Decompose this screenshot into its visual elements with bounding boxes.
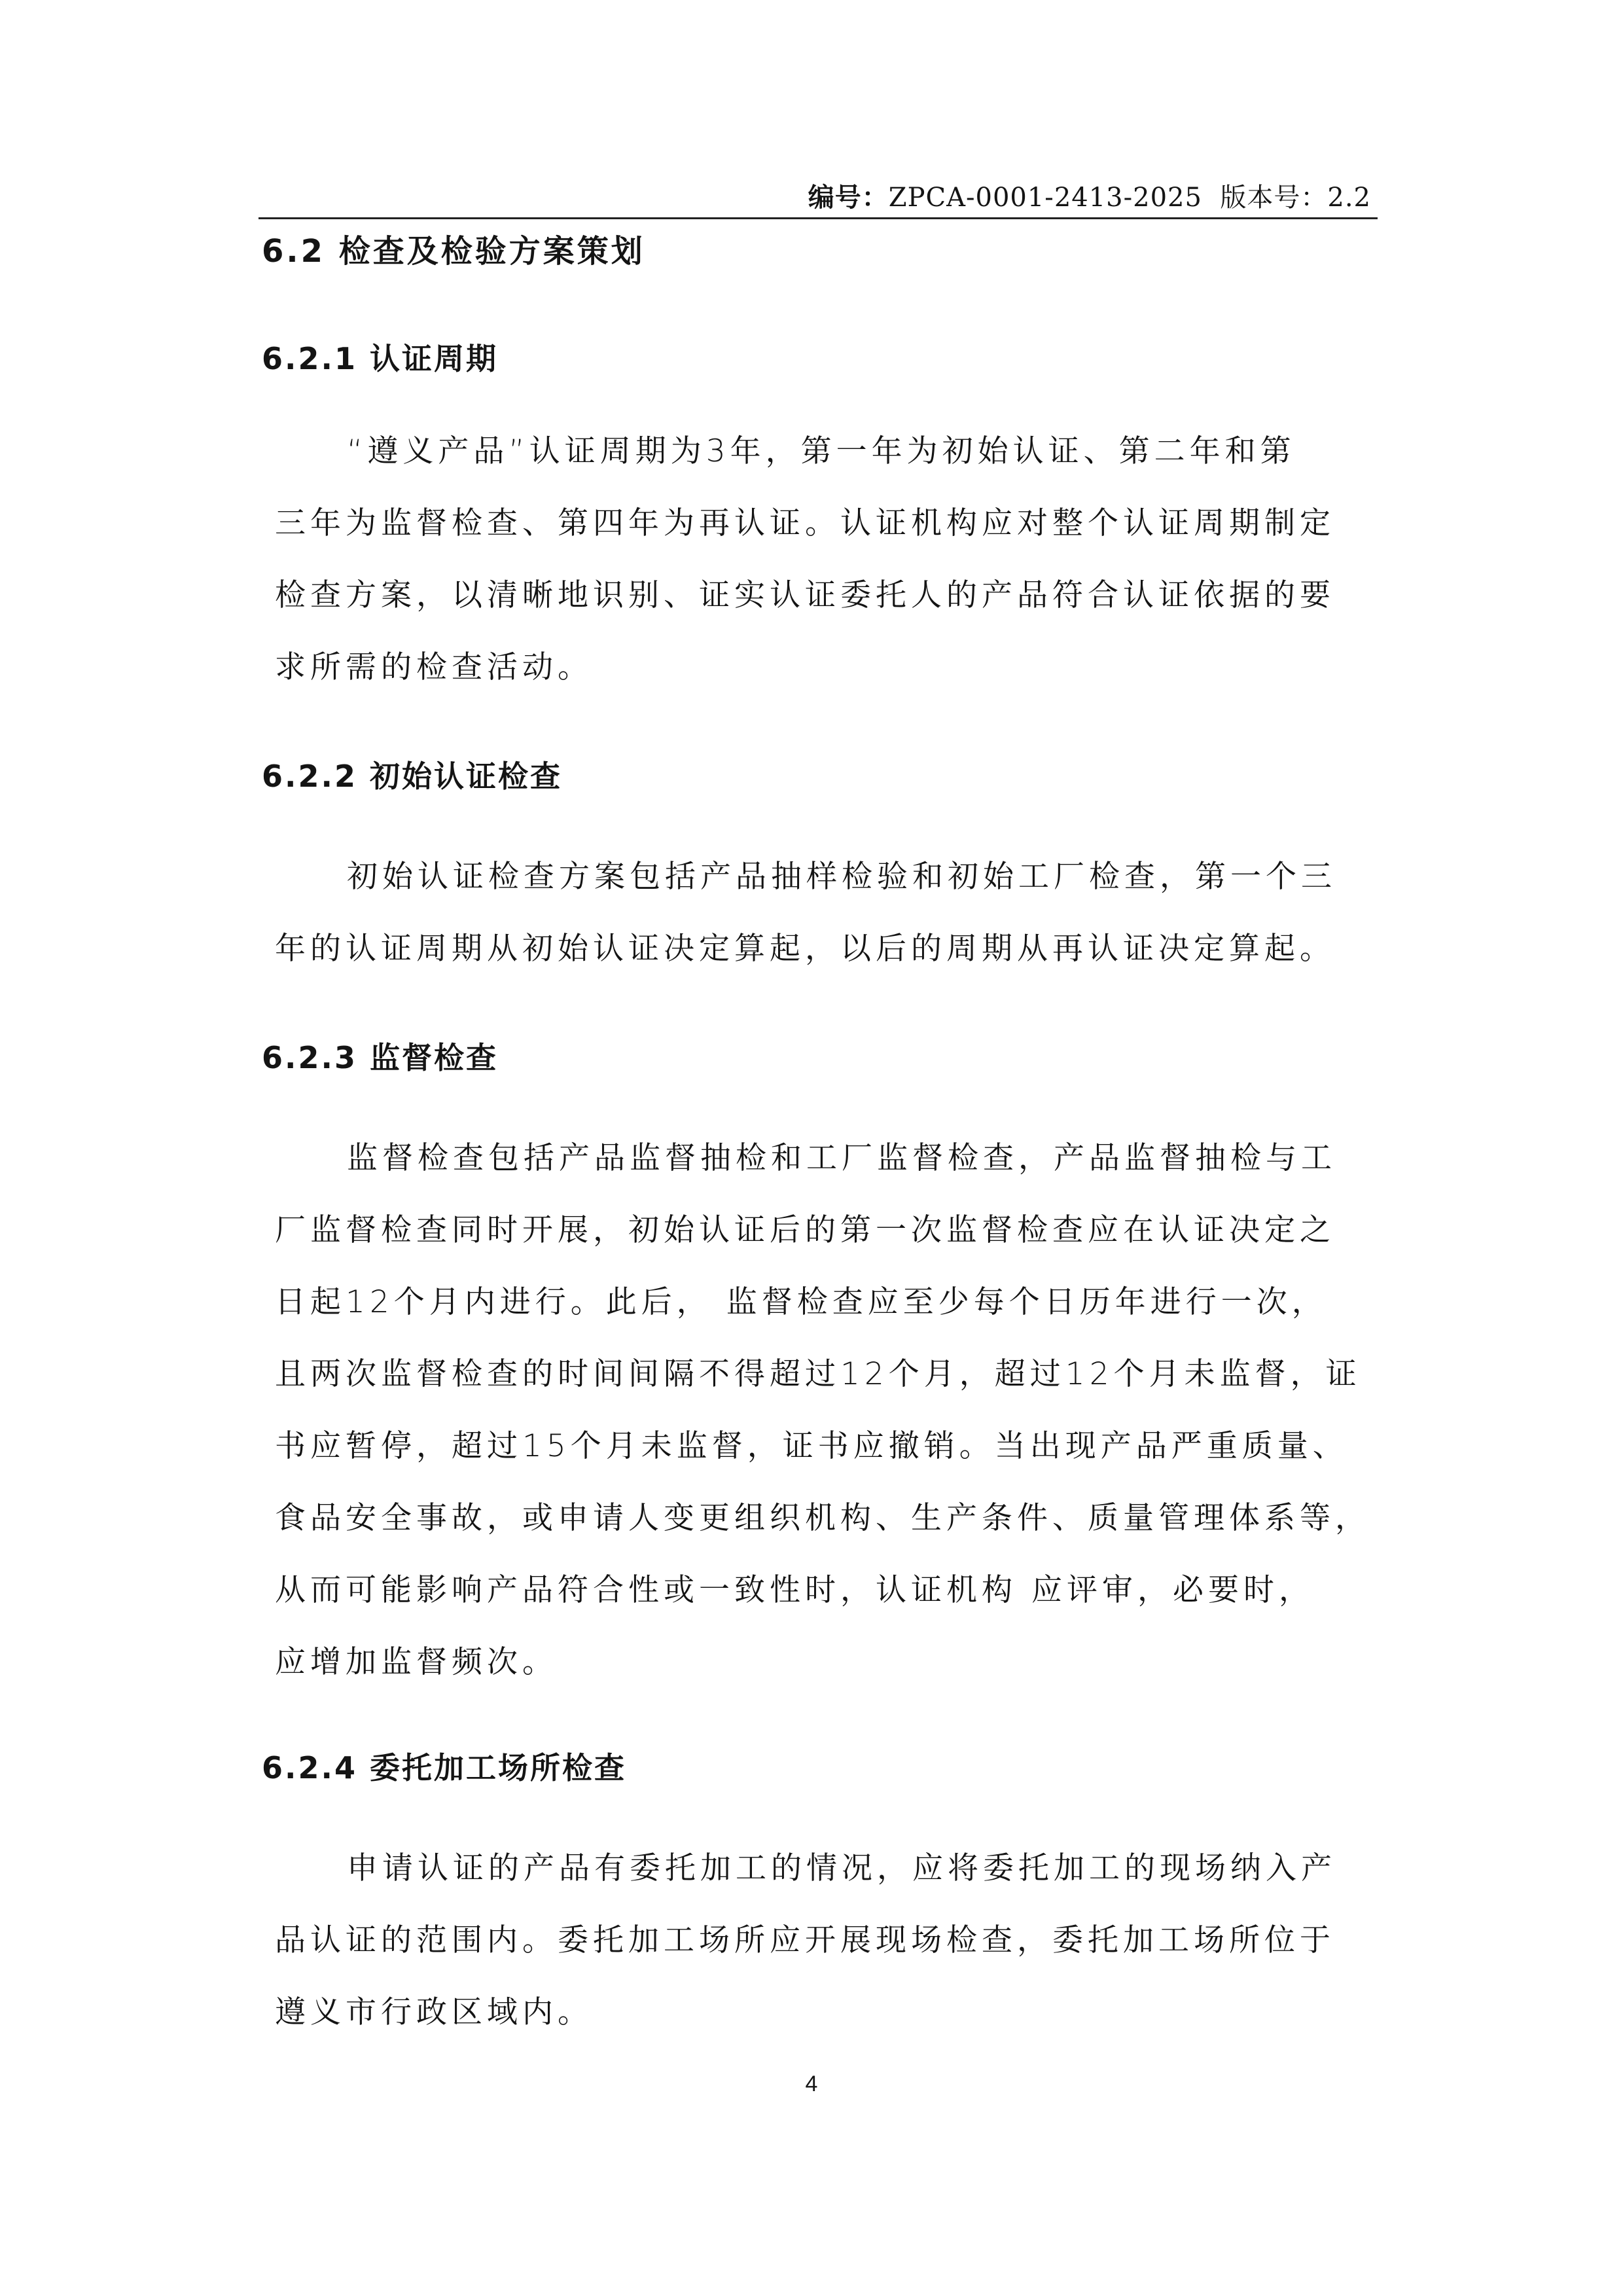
paragraph-line: 从而可能影响产品符合性或一致性时，认证机构 应评审，必要时， xyxy=(275,1568,1387,1640)
subsection-title: 委托加工场所检查 xyxy=(370,1750,626,1785)
subsection-heading-6-2-1: 6.2.1 认证周期 xyxy=(262,335,498,378)
doc-code-value: ZPCA-0001-2413-2025 xyxy=(889,183,1202,213)
paragraph-line: 初始认证检查方案包括产品抽样检验和初始工厂检查，第一个三 xyxy=(275,854,1387,926)
paragraph-surveillance: 监督检查包括产品监督抽检和工厂监督检查，产品监督抽检与工 厂监督检查同时开展，初… xyxy=(275,1136,1387,1712)
subsection-heading-6-2-2: 6.2.2 初始认证检查 xyxy=(262,753,562,796)
section-heading: 6.2 检查及检验方案策划 xyxy=(262,226,645,271)
subsection-heading-6-2-4: 6.2.4 委托加工场所检查 xyxy=(262,1744,626,1787)
paragraph-line: 且两次监督检查的时间间隔不得超过12个月，超过12个月未监督，证 xyxy=(275,1352,1387,1424)
paragraph-line: 求所需的检查活动。 xyxy=(275,645,1387,717)
version-value: 2.2 xyxy=(1327,183,1371,213)
paragraph-cert-cycle: “遵义产品”认证周期为3年，第一年为初始认证、第二年和第 三年为监督检查、第四年… xyxy=(275,429,1387,717)
subsection-title: 初始认证检查 xyxy=(370,759,562,794)
paragraph-line: 检查方案，以清晰地识别、证实认证委托人的产品符合认证依据的要 xyxy=(275,573,1387,645)
subsection-heading-6-2-3: 6.2.3 监督检查 xyxy=(262,1034,498,1077)
subsection-number: 6.2.4 xyxy=(262,1750,357,1785)
paragraph-line: 书应暂停，超过15个月未监督，证书应撤销。当出现产品严重质量、 xyxy=(275,1424,1387,1496)
paragraph-line: 年的认证周期从初始认证决定算起，以后的周期从再认证决定算起。 xyxy=(275,926,1387,998)
subsection-number: 6.2.2 xyxy=(262,759,357,794)
paragraph-line: 监督检查包括产品监督抽检和工厂监督检查，产品监督抽检与工 xyxy=(275,1136,1387,1208)
subsection-title: 监督检查 xyxy=(370,1040,498,1075)
subsection-title: 认证周期 xyxy=(370,341,498,376)
paragraph-line: 厂监督检查同时开展，初始认证后的第一次监督检查应在认证决定之 xyxy=(275,1208,1387,1280)
paragraph-line: 食品安全事故，或申请人变更组织机构、生产条件、质量管理体系等， xyxy=(275,1496,1387,1568)
paragraph-line: “遵义产品”认证周期为3年，第一年为初始认证、第二年和第 xyxy=(275,429,1387,501)
paragraph-line: 申请认证的产品有委托加工的情况，应将委托加工的现场纳入产 xyxy=(275,1846,1387,1918)
paragraph-subcontract-site: 申请认证的产品有委托加工的情况，应将委托加工的现场纳入产 品认证的范围内。委托加… xyxy=(275,1846,1387,2062)
page-number: 4 xyxy=(0,2072,1623,2097)
paragraph-line: 日起12个月内进行。此后， 监督检查应至少每个日历年进行一次， xyxy=(275,1280,1387,1352)
subsection-number: 6.2.3 xyxy=(262,1040,357,1075)
paragraph-line: 应增加监督频次。 xyxy=(275,1640,1387,1712)
section-number: 6.2 xyxy=(262,233,325,270)
document-header: 编号：ZPCA-0001-2413-2025 版本号：2.2 xyxy=(259,177,1371,216)
doc-code-label: 编号： xyxy=(808,183,889,213)
header-rule xyxy=(259,217,1378,219)
subsection-number: 6.2.1 xyxy=(262,341,357,376)
paragraph-line: 遵义市行政区域内。 xyxy=(275,1990,1387,2062)
paragraph-line: 品认证的范围内。委托加工场所应开展现场检查，委托加工场所位于 xyxy=(275,1918,1387,1990)
version-label: 版本号： xyxy=(1220,183,1327,213)
paragraph-initial-cert: 初始认证检查方案包括产品抽样检验和初始工厂检查，第一个三 年的认证周期从初始认证… xyxy=(275,854,1387,998)
paragraph-line: 三年为监督检查、第四年为再认证。认证机构应对整个认证周期制定 xyxy=(275,501,1387,573)
section-title: 检查及检验方案策划 xyxy=(339,233,645,270)
